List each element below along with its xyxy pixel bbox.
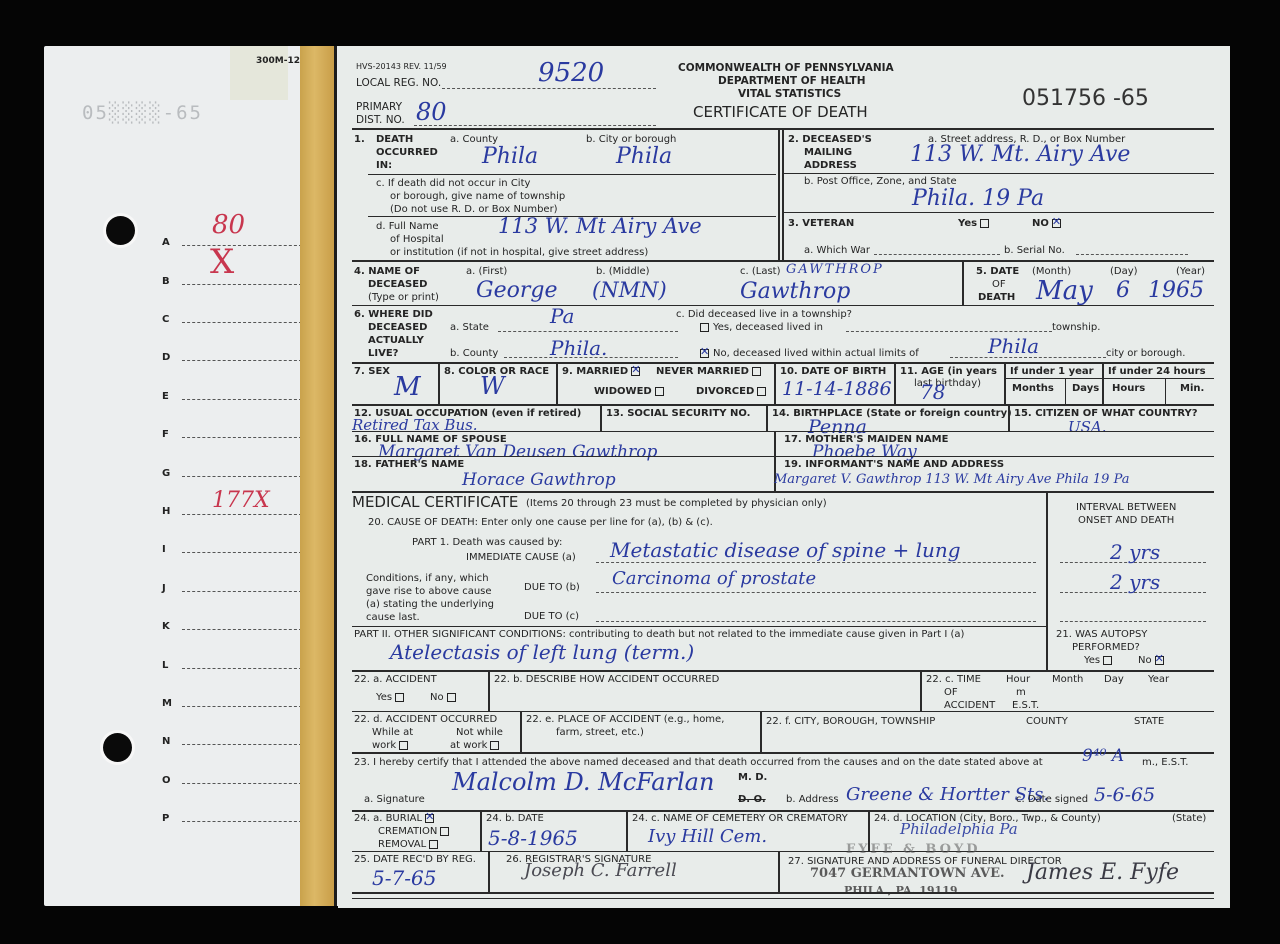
race-value: W [480,372,505,400]
stub-line-f: F [162,427,302,441]
stub-line-g: G [162,466,302,480]
death-month-value: May [1036,276,1093,306]
immediate-interval-value: 2 yrs [1110,540,1160,564]
primary-label: PRIMARY [356,101,402,113]
burial-location-value: Philadelphia Pa [900,820,1018,838]
agency-line-3: VITAL STATISTICS [738,88,841,100]
stub-line-m: M [162,696,302,710]
funeral-director-signature: James E. Fyfe [1026,860,1179,885]
tape-strip [300,46,336,906]
mailing-post-value: Phila. 19 Pa [912,186,1044,211]
last-name-value: Gawthrop [740,279,850,304]
accident-yes[interactable]: Yes [376,692,404,704]
age-value: 78 [920,380,945,404]
registrar-signature: Joseph C. Farrell [524,860,677,881]
death-year-value: 1965 [1148,278,1204,303]
immediate-cause-value: Metastatic disease of spine + lung [610,538,961,562]
hospital-address-value: 113 W. Mt Airy Ave [498,214,702,238]
agency-line-1: COMMONWEALTH OF PENNSYLVANIA [678,62,894,74]
death-certificate: HVS-20143 REV. 11/59 LOCAL REG. NO. 9520… [338,46,1230,908]
cremation-checkbox[interactable]: CREMATION [378,826,449,838]
stub-line-e: E [162,389,302,403]
township-yes[interactable]: Yes, deceased lived in [700,322,823,334]
burial-checkbox[interactable]: 24. a. BURIAL [354,813,434,825]
binding-spine [334,46,337,906]
funeral-stamp-name: FYFE & BOYD [846,842,981,857]
autopsy-no[interactable]: No [1138,655,1164,667]
stub-tab [230,46,288,100]
stub-line-n: N [162,734,302,748]
agency-line-2: DEPARTMENT OF HEALTH [718,75,866,87]
death-city-value: Phila [616,144,672,169]
funeral-stamp-city: PHILA., PA. 19119 [844,884,958,897]
other-conditions-value: Atelectasis of left lung (term.) [390,640,694,664]
date-received-value: 5-7-65 [372,866,436,890]
residence-county-value: Phila. [550,336,607,360]
physician-signature: Malcolm D. McFarlan [452,768,714,796]
local-reg-label: LOCAL REG. NO. [356,77,441,89]
father-name-value: Horace Gawthrop [462,470,616,490]
dist-label: DIST. NO. [356,114,405,126]
cemetery-value: Ivy Hill Cem. [648,826,767,847]
form-revision: HVS-20143 REV. 11/59 [356,62,447,71]
due-to-b-interval-value: 2 yrs [1110,570,1160,594]
stub-line-p: P [162,811,302,825]
punch-hole-icon [103,733,132,762]
stub-annotation-a: 80 [212,210,245,240]
certificate-number: 051756 -65 [1022,86,1149,111]
stub-line-l: L [162,658,302,672]
stub-sheet: 300M-12-63 05░░░░-65 A B C D E F G H I J… [44,46,344,906]
first-name-value: George [476,278,557,303]
stub-faded-number: 05░░░░-65 [82,102,203,124]
widowed-checkbox[interactable]: WIDOWED [594,386,664,398]
divorced-checkbox[interactable]: DIVORCED [696,386,766,398]
residence-city-value: Phila [988,334,1039,358]
punch-hole-icon [106,216,135,245]
accident-at-work[interactable]: work [372,740,408,752]
stub-annotation-b: X [210,242,234,282]
dist-value: 80 [416,98,447,126]
death-county-value: Phila [482,144,538,169]
stub-line-k: K [162,619,302,633]
due-to-b-value: Carcinoma of prostate [612,568,816,589]
funeral-stamp-address: 7047 GERMANTOWN AVE. [810,866,1005,881]
stub-line-i: I [162,542,302,556]
citizenship-value: USA. [1068,418,1107,436]
middle-name-value: (NMN) [592,278,667,302]
stub-annotation-h: 177X [212,488,270,513]
death-day-value: 6 [1116,278,1130,303]
removal-checkbox[interactable]: REMOVAL [378,839,438,851]
mailing-street-value: 113 W. Mt. Airy Ave [910,142,1130,167]
burial-date-value: 5-8-1965 [488,826,578,850]
veteran-no[interactable]: NO [1032,218,1061,230]
medical-certificate-title: MEDICAL CERTIFICATE [352,494,518,511]
never-married-checkbox[interactable]: NEVER MARRIED [656,366,761,378]
sex-value: M [394,372,421,402]
stub-line-o: O [162,773,302,787]
accident-no[interactable]: No [430,692,456,704]
stub-line-c: C [162,312,302,326]
stub-line-j: J [162,581,302,595]
local-reg-value: 9520 [538,58,604,88]
date-signed-value: 5-6-65 [1094,784,1155,806]
page-title: CERTIFICATE OF DEATH [693,104,868,121]
stub-line-d: D [162,350,302,364]
residence-state-value: Pa [550,304,574,328]
veteran-yes[interactable]: Yes [958,218,989,230]
death-time-value: 9⁴⁰ A [1082,746,1124,766]
informant-value: Margaret V. Gawthrop 113 W. Mt Airy Ave … [774,472,1130,487]
autopsy-yes[interactable]: Yes [1084,655,1112,667]
township-no[interactable]: No, deceased lived within actual limits … [700,348,919,360]
birth-date-value: 11-14-1886 [782,378,892,400]
accident-not-at-work[interactable]: at work [450,740,499,752]
married-checkbox[interactable]: 9. MARRIED [562,366,640,378]
last-name-print: GAWTHROP [786,262,884,277]
